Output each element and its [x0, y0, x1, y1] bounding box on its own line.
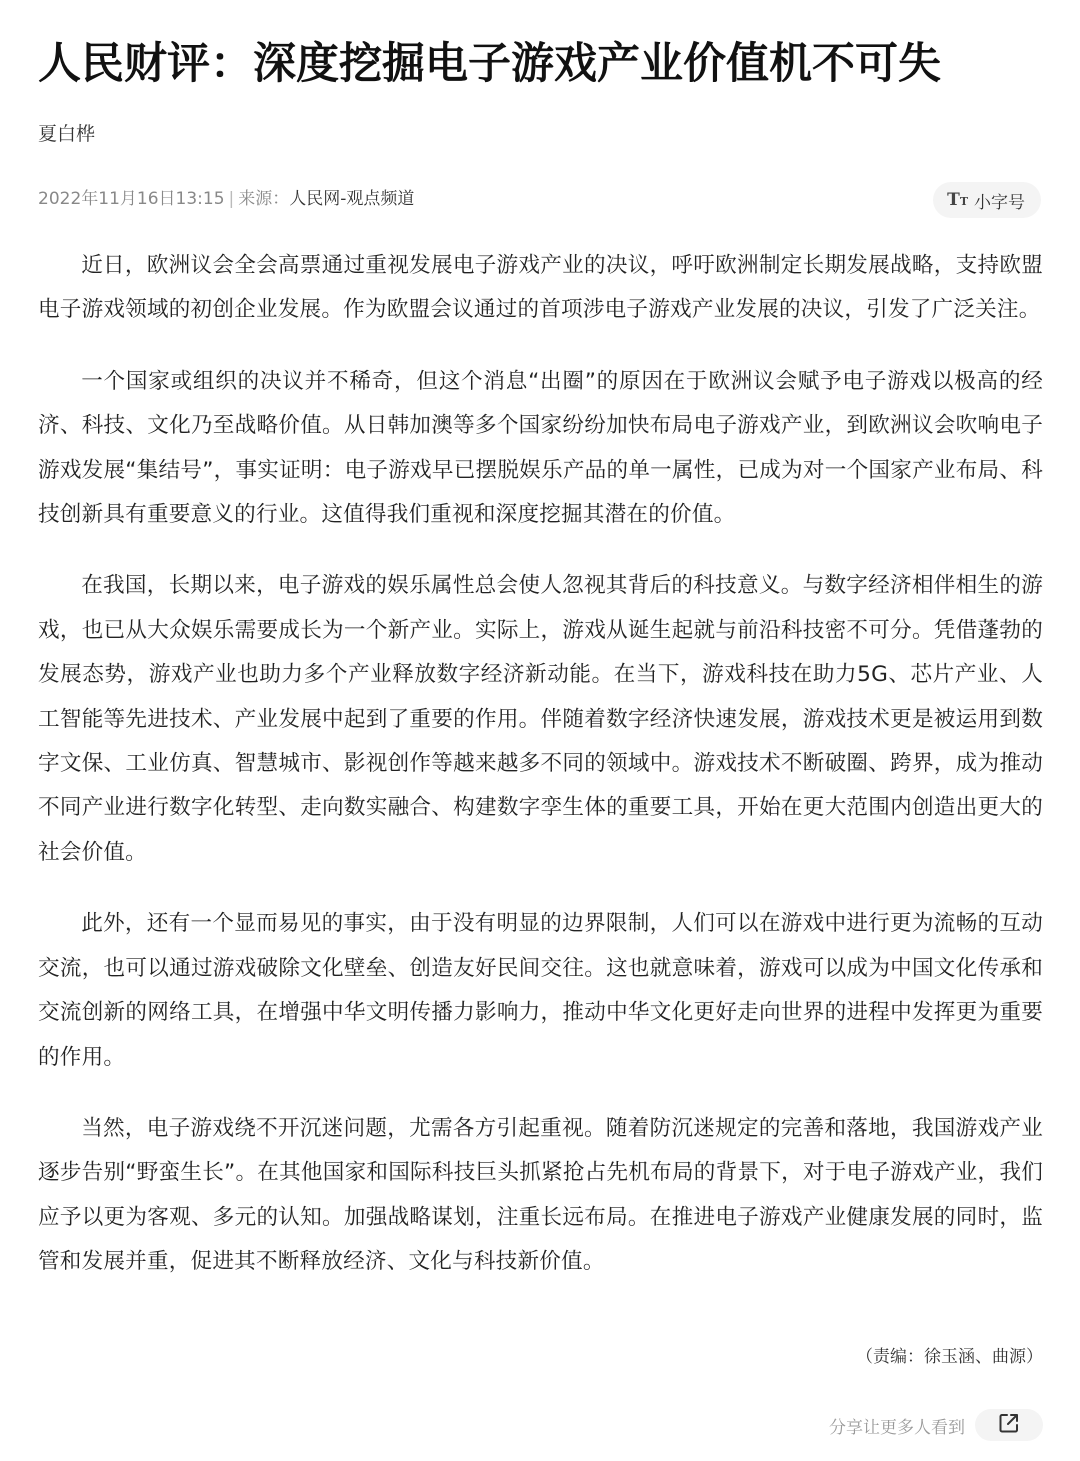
- share-row: 分享让更多人看到: [829, 1408, 1043, 1442]
- meta-separator: |: [229, 189, 235, 209]
- article-title: 人民财评：深度挖掘电子游戏产业价值机不可失: [38, 36, 1043, 92]
- share-button[interactable]: [975, 1409, 1043, 1441]
- font-size-label: 小字号: [974, 188, 1025, 213]
- share-external-icon: [998, 1412, 1020, 1438]
- paragraph: 当然，电子游戏绕不开沉迷问题，尤需各方引起重视。随着防沉迷规定的完善和落地，我国…: [38, 1107, 1043, 1285]
- article-body: 近日，欧洲议会全会高票通过重视发展电子游戏产业的决议，呼吁欧洲制定长期发展战略，…: [38, 244, 1043, 1312]
- source-label: 来源：: [238, 189, 289, 209]
- font-size-toggle-button[interactable]: TT 小字号: [933, 182, 1041, 218]
- paragraph: 一个国家或组织的决议并不稀奇，但这个消息“出圈”的原因在于欧洲议会赋予电子游戏以…: [38, 360, 1043, 538]
- source-name[interactable]: 人民网-观点频道: [289, 189, 414, 209]
- paragraph: 此外，还有一个显而易见的事实，由于没有明显的边界限制，人们可以在游戏中进行更为流…: [38, 902, 1043, 1080]
- publish-datetime: 2022年11月16日13:15: [38, 189, 225, 209]
- article-meta: 2022年11月16日13:15|来源：人民网-观点频道: [38, 184, 414, 214]
- share-prompt: 分享让更多人看到: [829, 1413, 965, 1438]
- paragraph: 在我国，长期以来，电子游戏的娱乐属性总会使人忽视其背后的科技意义。与数字经济相伴…: [38, 564, 1043, 875]
- text-size-icon: TT: [947, 190, 968, 210]
- editor-credit: （责编：徐玉涵、曲源）: [856, 1342, 1043, 1372]
- article-author: 夏白桦: [38, 120, 95, 148]
- paragraph: 近日，欧洲议会全会高票通过重视发展电子游戏产业的决议，呼吁欧洲制定长期发展战略，…: [38, 244, 1043, 333]
